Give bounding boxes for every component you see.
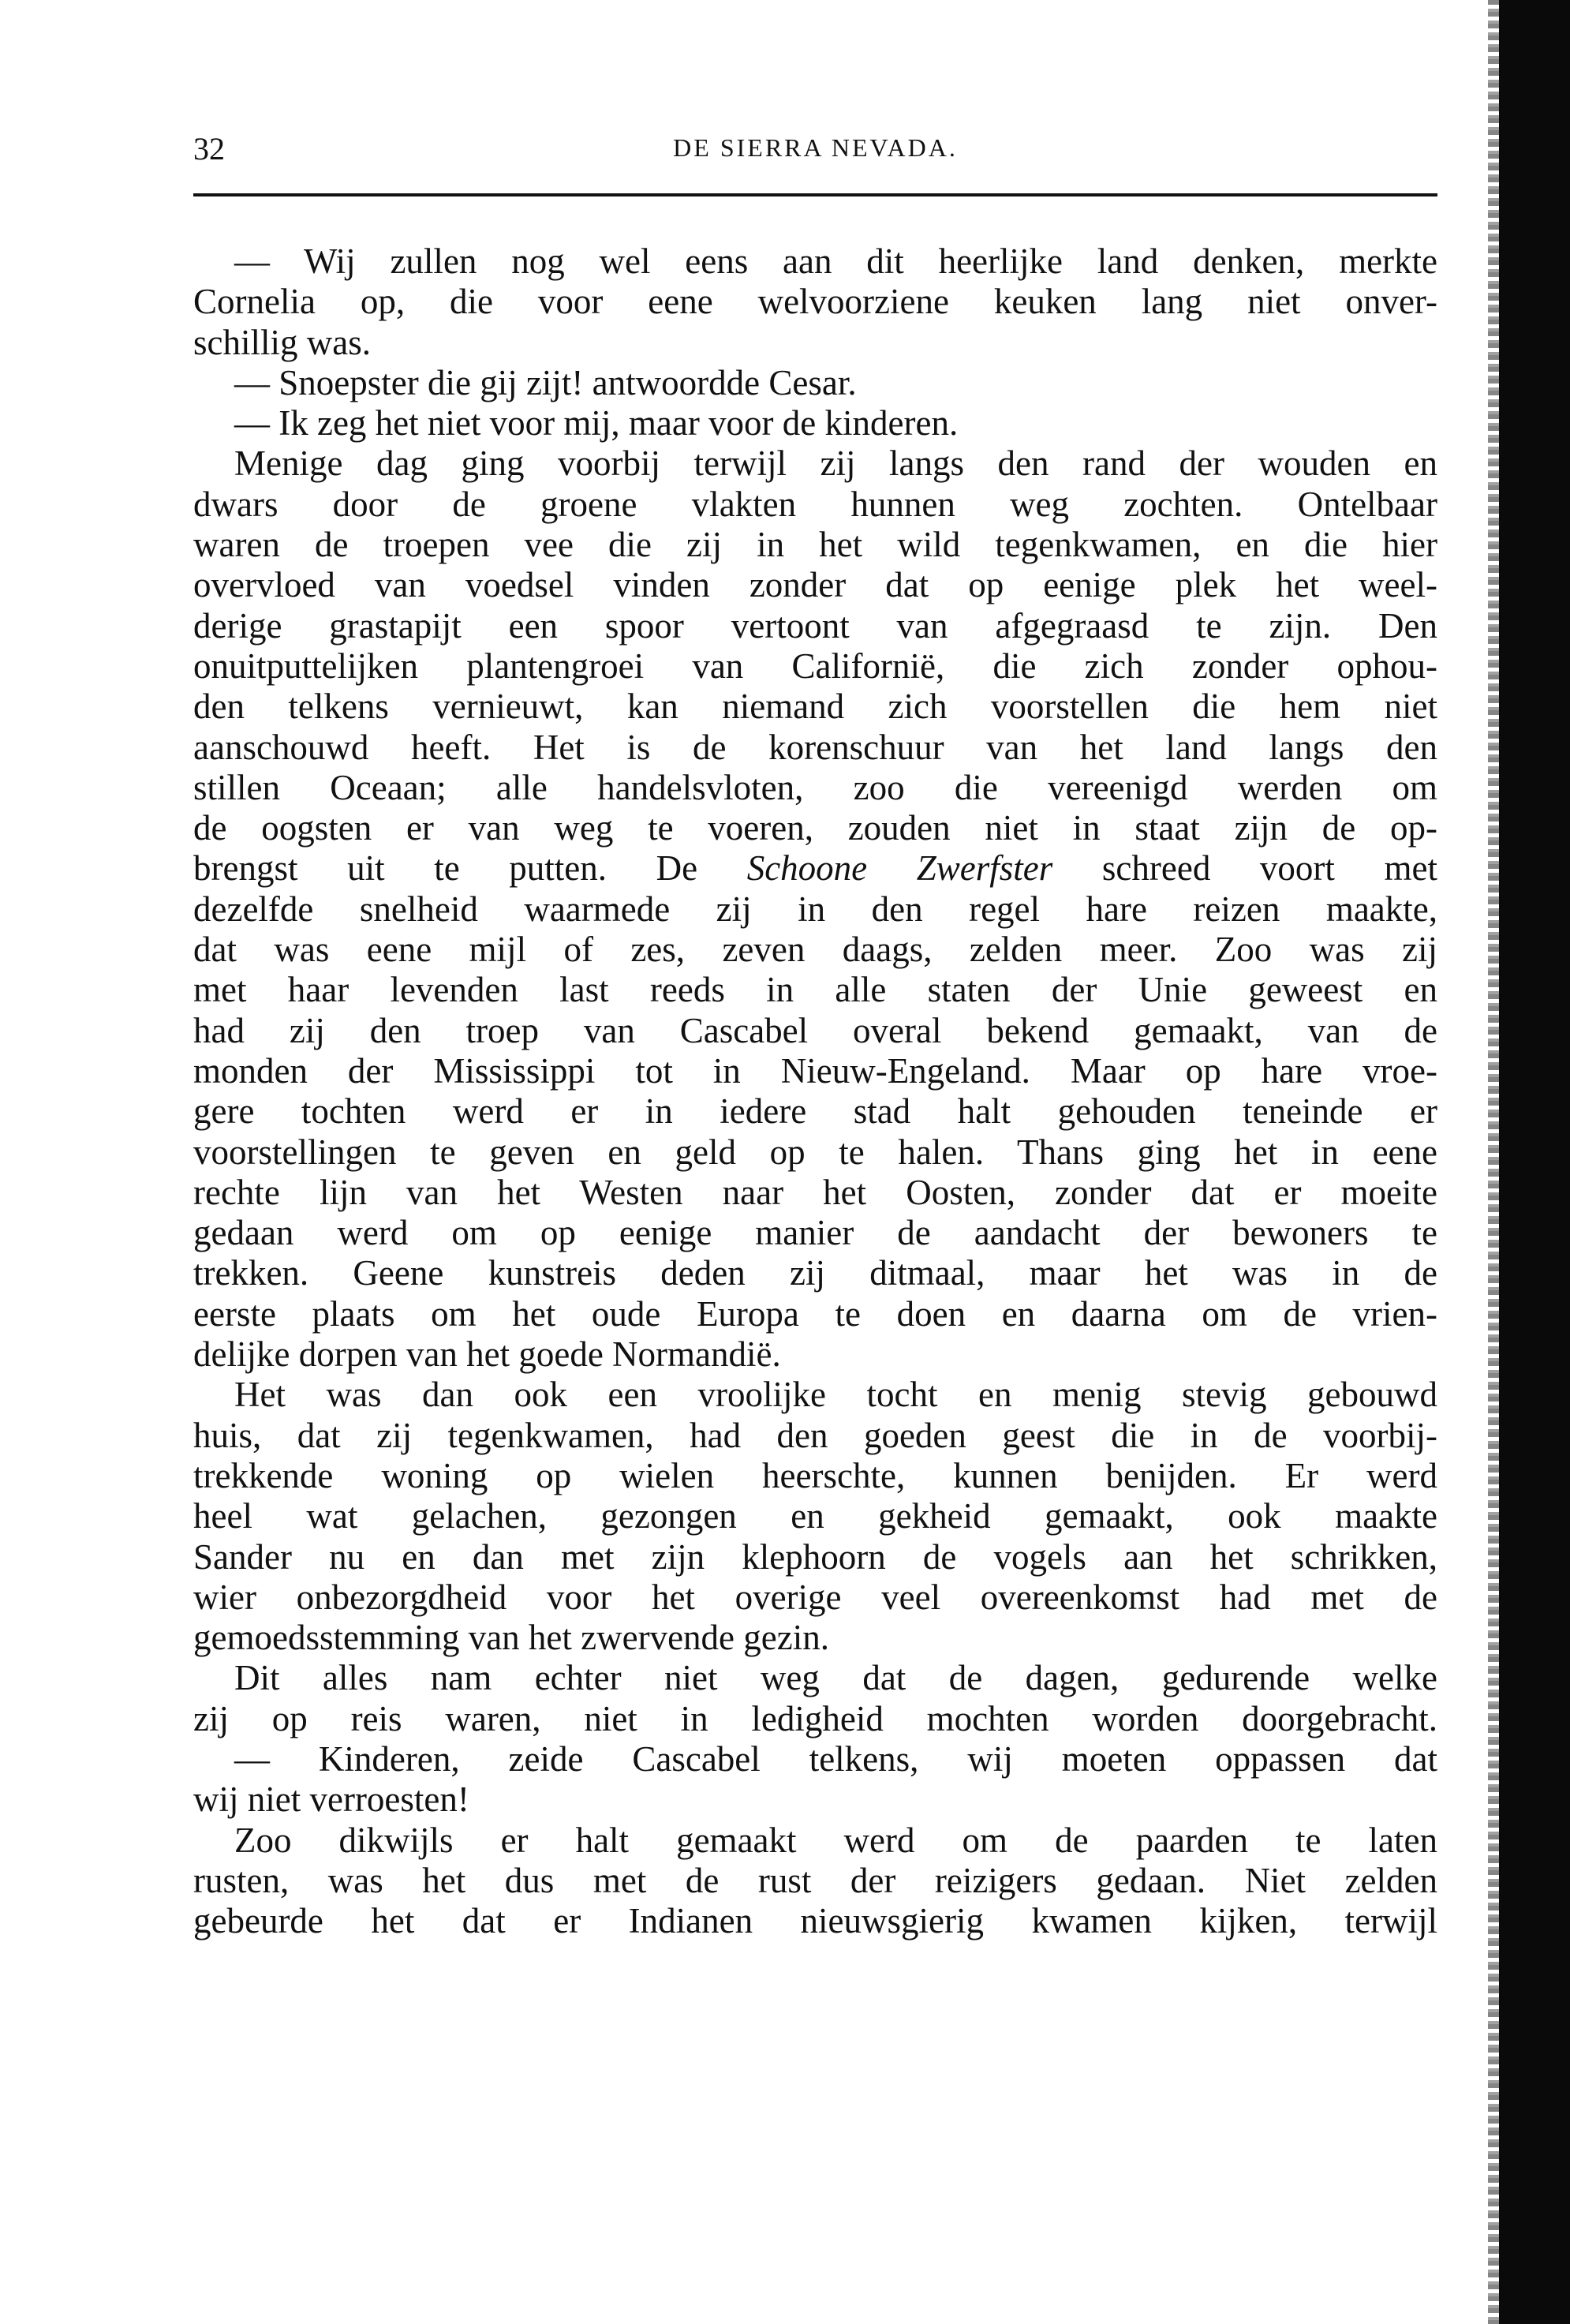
text-line: heel wat gelachen, gezongen en gekheid g… [193, 1496, 1437, 1536]
text-line: gere tochten werd er in iedere stad halt… [193, 1091, 1437, 1132]
text-line: Menige dag ging voorbij terwijl zij lang… [193, 443, 1437, 484]
text-line: schillig was. [193, 323, 1437, 363]
text-line: aanschouwd heeft. Het is de korenschuur … [193, 728, 1437, 768]
text-line: dat was eene mijl of zes, zeven daags, z… [193, 930, 1437, 970]
text-line: Het was dan ook een vroolijke tocht en m… [193, 1375, 1437, 1415]
text-line: zij op reis waren, niet in ledigheid moc… [193, 1699, 1437, 1739]
text-line: stillen Oceaan; alle handelsvloten, zoo … [193, 768, 1437, 808]
text-line: dwars door de groene vlakten hunnen weg … [193, 485, 1437, 525]
text-line: voorstellingen te geven en geld op te ha… [193, 1132, 1437, 1173]
text-line: gedaan werd om op eenige manier de aanda… [193, 1213, 1437, 1253]
text-line: eerste plaats om het oude Europa te doen… [193, 1294, 1437, 1334]
text-line: monden der Mississippi tot in Nieuw-Enge… [193, 1051, 1437, 1091]
text-line: Dit alles nam echter niet weg dat de dag… [193, 1658, 1437, 1698]
running-title: DE SIERRA NEVADA. [193, 133, 1437, 163]
header-rule [193, 193, 1437, 196]
text-line: rechte lijn van het Westen naar het Oost… [193, 1173, 1437, 1213]
text-line: met haar levenden last reeds in alle sta… [193, 970, 1437, 1010]
text-line: — Wij zullen nog wel eens aan dit heerli… [193, 241, 1437, 282]
text-line: rusten, was het dus met de rust der reiz… [193, 1861, 1437, 1901]
text-line: — Ik zeg het niet voor mij, maar voor de… [193, 403, 1437, 443]
body-text: — Wij zullen nog wel eens aan dit heerli… [193, 241, 1437, 1941]
text-line: de oogsten er van weg te voeren, zouden … [193, 808, 1437, 848]
text-line: Zoo dikwijls er halt gemaakt werd om de … [193, 1821, 1437, 1861]
text-line: den telkens vernieuwt, kan niemand zich … [193, 687, 1437, 727]
text-line: brengst uit te putten. De Schoone Zwerfs… [193, 848, 1437, 889]
page-header: 32 DE SIERRA NEVADA. [193, 130, 1437, 170]
text-line: trekkende woning op wielen heerschte, ku… [193, 1456, 1437, 1496]
text-line: waren de troepen vee die zij in het wild… [193, 525, 1437, 565]
text-line: dezelfde snelheid waarmede zij in den re… [193, 889, 1437, 930]
text-line: — Snoepster die gij zijt! antwoordde Ces… [193, 363, 1437, 403]
text-line: huis, dat zij tegenkwamen, had den goede… [193, 1416, 1437, 1456]
text-line: derige grastapijt een spoor vertoont van… [193, 606, 1437, 646]
text-line: Cornelia op, die voor eene welvoorziene … [193, 282, 1437, 322]
text-line: wier onbezorgdheid voor het overige veel… [193, 1577, 1437, 1618]
italic-title: Schoone Zwerfster [747, 848, 1053, 888]
text-line: gemoedsstemming van het zwervende gezin. [193, 1618, 1437, 1658]
text-line: gebeurde het dat er Indianen nieuwsgieri… [193, 1901, 1437, 1941]
text-line: — Kinderen, zeide Cascabel telkens, wij … [193, 1739, 1437, 1779]
text-line: wij niet verroesten! [193, 1779, 1437, 1820]
text-line: delijke dorpen van het goede Normandië. [193, 1334, 1437, 1375]
text-line: trekken. Geene kunstreis deden zij ditma… [193, 1253, 1437, 1293]
scanned-page-edge [1499, 0, 1570, 2324]
text-line: had zij den troep van Cascabel overal be… [193, 1011, 1437, 1051]
text-line: onuitputtelijken plantengroei van Califo… [193, 646, 1437, 687]
text-line: overvloed van voedsel vinden zonder dat … [193, 565, 1437, 605]
text-line: Sander nu en dan met zijn klephoorn de v… [193, 1537, 1437, 1577]
